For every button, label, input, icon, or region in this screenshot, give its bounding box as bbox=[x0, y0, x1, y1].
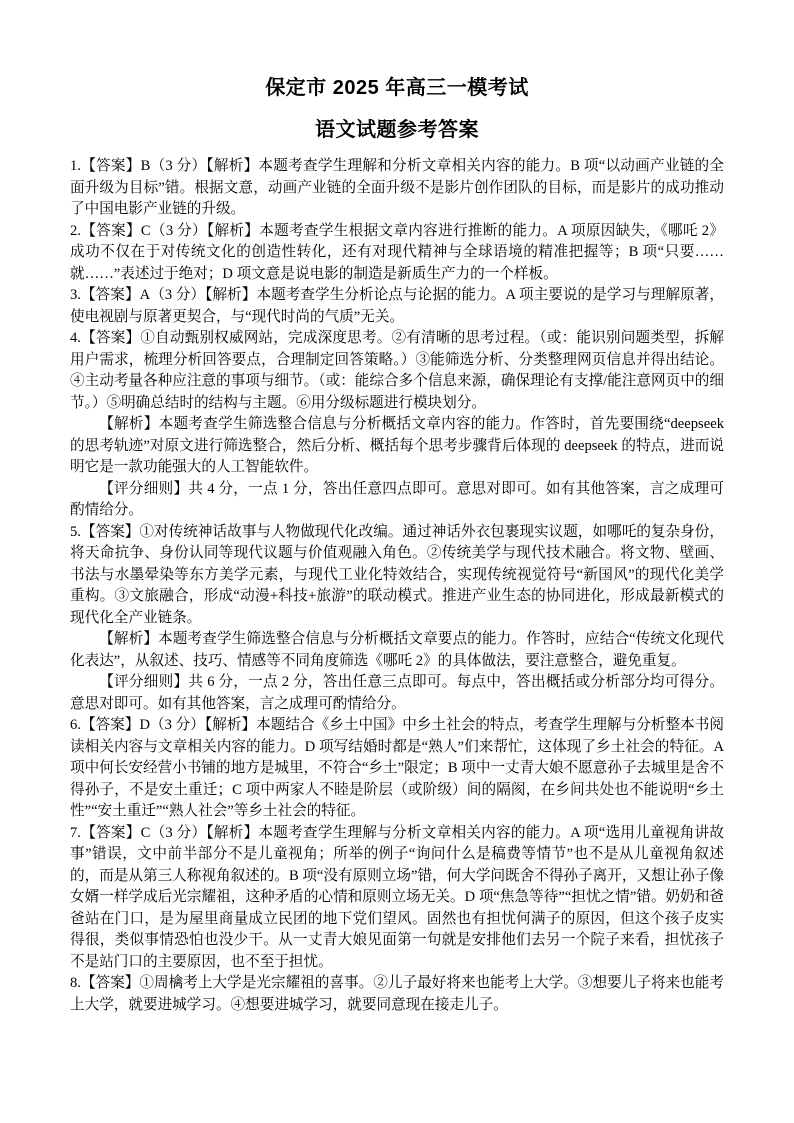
answer-item-7: 7.【答案】C（3 分）【解析】本题考查学生理解与分析文章相关内容的能力。A 项… bbox=[70, 823, 724, 974]
answer-item-2: 2.【答案】C（3 分）【解析】本题考查学生根据文章内容进行推断的能力。A 项原… bbox=[70, 221, 724, 286]
answer-item-5: 5.【答案】①对传统神话故事与人物做现代化改编。通过神话外衣包裹现实议题，如哪吒… bbox=[70, 522, 724, 630]
answer-key-body: 1.【答案】B（3 分）【解析】本题考查学生理解和分析文章相关内容的能力。B 项… bbox=[70, 156, 724, 1016]
document-page: 保定市 2025 年高三一模考试 语文试题参考答案 1.【答案】B（3 分）【解… bbox=[0, 0, 794, 1123]
answer-item-3: 3.【答案】A（3 分）【解析】本题考查学生分析论点与论据的能力。A 项主要说的… bbox=[70, 285, 724, 328]
answer-item-4-analysis: 【解析】本题考查学生筛选整合信息与分析概括文章内容的能力。作答时，首先要围绕“d… bbox=[70, 414, 724, 479]
answer-item-5-analysis: 【解析】本题考查学生筛选整合信息与分析概括文章要点的能力。作答时，应结合“传统文… bbox=[70, 629, 724, 672]
answer-item-8: 8.【答案】①周檎考上大学是光宗耀祖的喜事。②儿子最好将来也能考上大学。③想要儿… bbox=[70, 973, 724, 1016]
doc-subtitle: 语文试题参考答案 bbox=[70, 118, 724, 142]
doc-title: 保定市 2025 年高三一模考试 bbox=[70, 76, 724, 100]
answer-item-5-scoring: 【评分细则】共 6 分，一点 2 分，答出任意三点即可。每点中，答出概括或分析部… bbox=[70, 672, 724, 715]
answer-item-4: 4.【答案】①自动甄别权威网站，完成深度思考。②有清晰的思考过程。（或：能识别问… bbox=[70, 328, 724, 414]
answer-item-4-scoring: 【评分细则】共 4 分，一点 1 分，答出任意四点即可。意思对即可。如有其他答案… bbox=[70, 479, 724, 522]
answer-item-1: 1.【答案】B（3 分）【解析】本题考查学生理解和分析文章相关内容的能力。B 项… bbox=[70, 156, 724, 221]
answer-item-6: 6.【答案】D（3 分）【解析】本题结合《乡土中国》中乡土社会的特点，考查学生理… bbox=[70, 715, 724, 823]
